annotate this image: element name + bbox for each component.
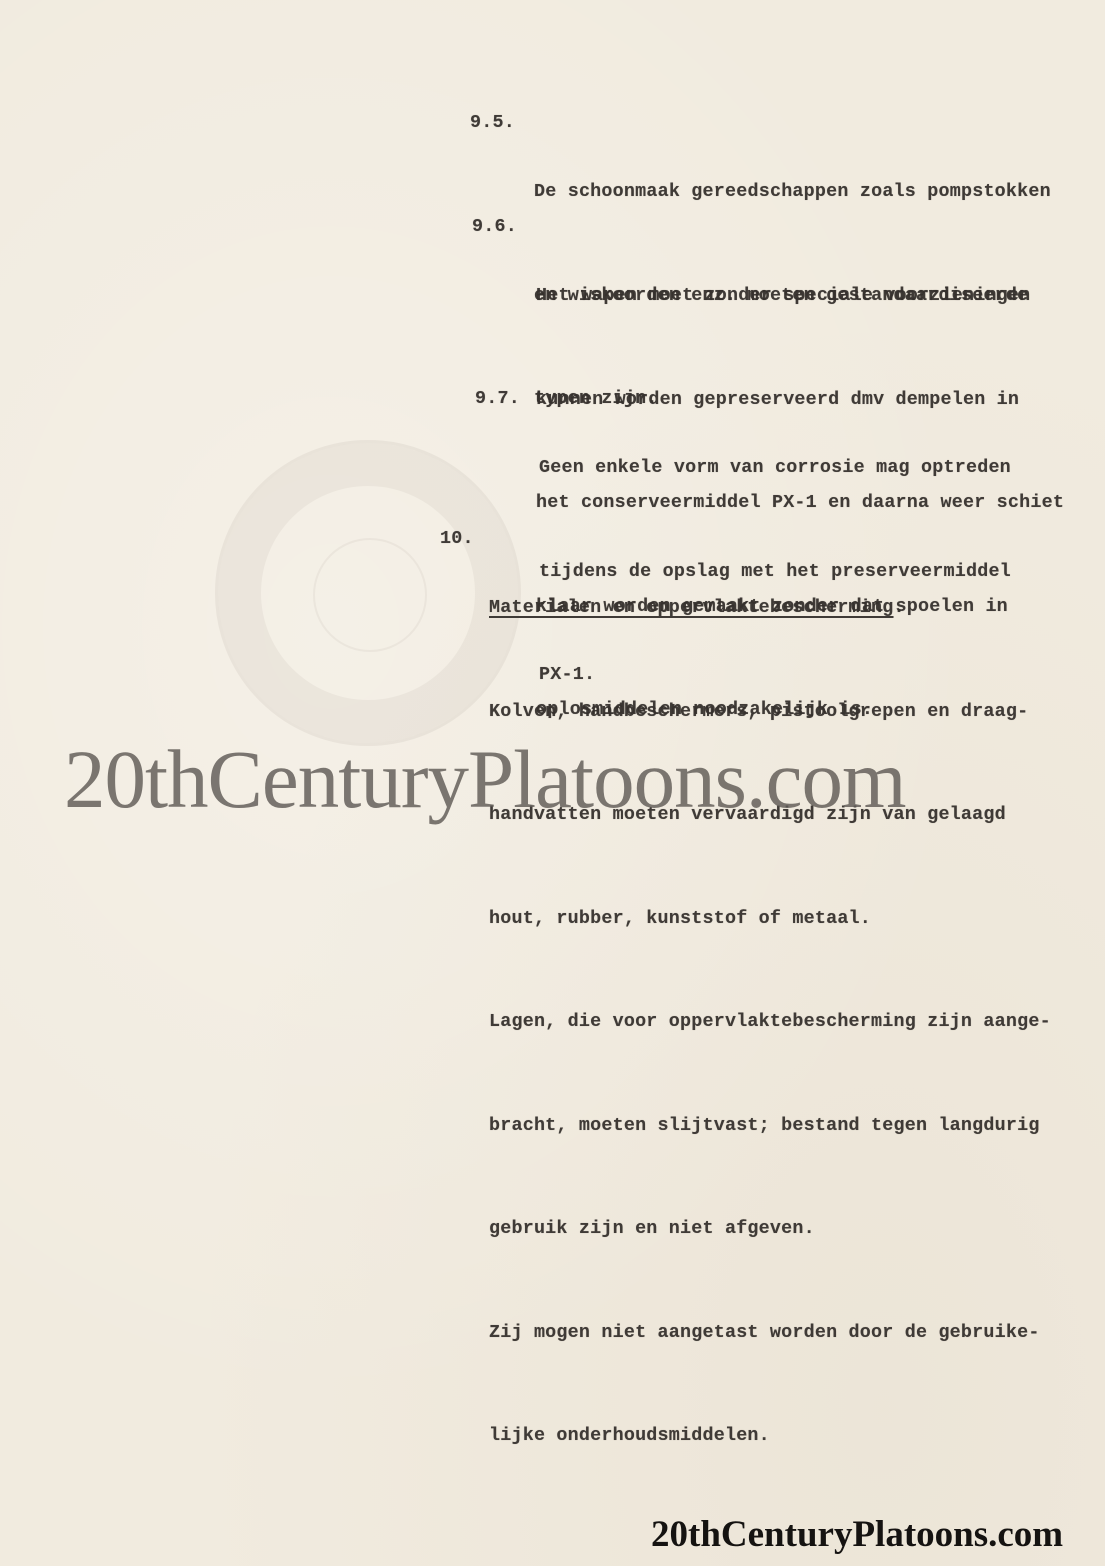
document-page: 9.5. De schoonmaak gereedschappen zoals … xyxy=(0,0,1105,1566)
clause-line: Geen enkele vorm van corrosie mag optred… xyxy=(539,451,1011,486)
section-number: 10. xyxy=(440,522,474,557)
clause-9-7: 9.7. Geen enkele vorm van corrosie mag o… xyxy=(475,382,520,520)
clause-number: 9.7. xyxy=(475,382,520,417)
watermark-center: 20thCenturyPlatoons.com xyxy=(64,738,906,821)
section-line: gebruik zijn en niet afgeven. xyxy=(489,1212,1051,1247)
section-heading-line: Materialen en oppervlaktebescherming. xyxy=(489,591,1051,626)
section-line: bracht, moeten slijtvast; bestand tegen … xyxy=(489,1109,1051,1144)
clause-9-6: 9.6. Het wapen moet zonder speciale voor… xyxy=(472,210,517,348)
section-line: lijke onderhoudsmiddelen. xyxy=(489,1419,1051,1454)
section-heading-period: . xyxy=(894,597,905,618)
section-10: 10. Materialen en oppervlaktebescherming… xyxy=(440,522,485,660)
section-heading: Materialen en oppervlaktebescherming xyxy=(489,597,894,618)
section-line: Zij mogen niet aangetast worden door de … xyxy=(489,1316,1051,1351)
section-line: hout, rubber, kunststof of metaal. xyxy=(489,902,1051,937)
section-line: Lagen, die voor oppervlaktebescherming z… xyxy=(489,1005,1051,1040)
faded-stamp-inner-ring xyxy=(313,538,427,652)
clause-number: 9.6. xyxy=(472,210,517,245)
clause-number: 9.5. xyxy=(470,106,515,141)
section-line: Kolven, handbeschermers, pistoolgrepen e… xyxy=(489,695,1051,730)
clause-line: De schoonmaak gereedschappen zoals pomps… xyxy=(534,175,1051,210)
watermark-footer: 20thCenturyPlatoons.com xyxy=(651,1516,1063,1553)
clause-line: Het wapen moet zonder speciale voorzieni… xyxy=(536,279,1064,314)
section-text: Materialen en oppervlaktebescherming. Ko… xyxy=(489,522,1051,1523)
